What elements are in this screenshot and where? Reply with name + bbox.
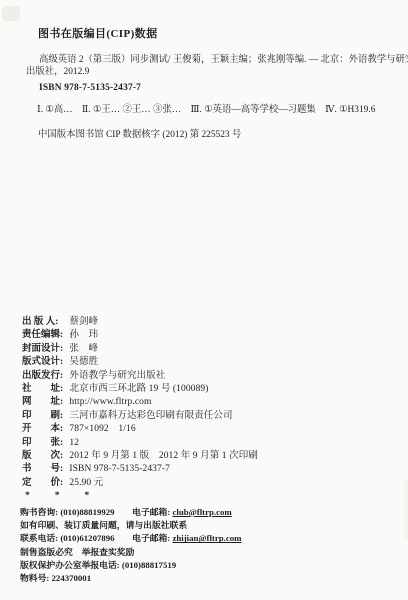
colophon-value: 孙 玮 xyxy=(69,330,98,340)
colophon-value: ISBN 978-7-5135-2437-7 xyxy=(69,464,170,474)
colophon-row-publisher: 出版发行: 外语教学与研究出版社 xyxy=(22,370,402,383)
colophon-label: 出版发行: xyxy=(22,370,67,383)
footer-line-quality: 如有印刷、装订质量问题，请与出版社联系 xyxy=(20,519,402,532)
asterisk-separator: * * * xyxy=(25,490,402,503)
purchase-email: club@fltrp.com xyxy=(172,507,231,517)
colophon-row-edition: 版 次: 2012 年 9 月第 1 版 2012 年 9 月第 1 次印刷 xyxy=(22,450,402,463)
cip-classification-line: Ⅰ. ①高… Ⅱ. ①王… ②王… ③张… Ⅲ. ①英语—高等学校—习题集 Ⅳ.… xyxy=(37,104,402,117)
colophon-value: 25.90 元 xyxy=(69,478,103,488)
colophon-row-sheets: 印 张: 12 xyxy=(22,437,402,450)
colophon-value: 三河市嘉科万达彩色印刷有限责任公司 xyxy=(69,411,232,421)
scan-artifact xyxy=(402,480,408,540)
cip-isbn-line: ISBN 978-7-5135-2437-7 xyxy=(39,82,402,95)
contact-email: zhijian@fltrp.com xyxy=(172,533,241,543)
cip-record-line-2: 出版社，2012.9 xyxy=(26,66,402,79)
colophon-value: 2012 年 9 月第 1 版 2012 年 9 月第 1 次印刷 xyxy=(69,451,258,461)
colophon-label: 网 址: xyxy=(22,396,67,409)
scan-artifact xyxy=(2,6,20,21)
colophon-label: 社 址: xyxy=(22,383,67,396)
colophon-row-editor: 责任编辑: 孙 玮 xyxy=(22,329,402,342)
contact-footer-block: 购书咨询: (010)88819929 电子邮箱: club@fltrp.com… xyxy=(20,506,402,585)
colophon-label: 封面设计: xyxy=(22,343,67,356)
purchase-info: 购书咨询: (010)88819929 电子邮箱: xyxy=(20,507,172,517)
colophon-row-publisher-person: 出 版 人: 蔡剑峰 xyxy=(22,316,402,329)
cip-heading: 图书在版编目(CIP)数据 xyxy=(38,28,402,41)
colophon-label: 开 本: xyxy=(22,423,67,436)
colophon-value: 北京市西三环北路 19 号 (100089) xyxy=(69,384,208,394)
colophon-label: 书 号: xyxy=(22,463,67,476)
colophon-label: 印 张: xyxy=(22,437,67,450)
colophon-value: 蔡剑峰 xyxy=(69,317,98,327)
cip-record-line-1: 高级英语 2（第三版）同步测试/ 王俊菊，王颖主编；张兆刚等编. — 北京：外语… xyxy=(39,54,402,67)
footer-line-report: 版权保护办公室举报电话: (010)88817519 xyxy=(20,559,402,572)
colophon-label: 印 刷: xyxy=(22,410,67,423)
colophon-row-format: 开 本: 787×1092 1/16 xyxy=(22,423,402,436)
footer-line-contact: 联系电话: (010)61207896 电子邮箱: zhijian@fltrp.… xyxy=(20,532,402,545)
colophon-label: 版式设计: xyxy=(22,356,67,369)
colophon-row-price: 定 价: 25.90 元 xyxy=(22,477,402,490)
colophon-value: 吴德胜 xyxy=(69,357,98,367)
colophon-row-layout-design: 版式设计: 吴德胜 xyxy=(22,356,402,369)
cip-registry-line: 中国版本图书馆 CIP 数据核字 (2012) 第 225523 号 xyxy=(38,129,402,142)
colophon-label: 版 次: xyxy=(22,450,67,463)
colophon-row-cover-design: 封面设计: 张 峰 xyxy=(22,343,402,356)
colophon-value: 外语教学与研究出版社 xyxy=(69,371,165,381)
colophon-row-address: 社 址: 北京市西三环北路 19 号 (100089) xyxy=(22,383,402,396)
colophon-row-printer: 印 刷: 三河市嘉科万达彩色印刷有限责任公司 xyxy=(22,410,402,423)
colophon-value: 张 峰 xyxy=(69,344,98,354)
colophon-block: 出 版 人: 蔡剑峰 责任编辑: 孙 玮 封面设计: 张 峰 版式设计: 吴德胜… xyxy=(22,316,402,503)
cip-data-block: 图书在版编目(CIP)数据 高级英语 2（第三版）同步测试/ 王俊菊，王颖主编；… xyxy=(26,28,402,141)
colophon-label: 出 版 人: xyxy=(22,316,67,329)
colophon-value: 787×1092 1/16 xyxy=(69,424,135,434)
footer-line-purchase: 购书咨询: (010)88819929 电子邮箱: club@fltrp.com xyxy=(20,506,402,519)
contact-info: 联系电话: (010)61207896 电子邮箱: xyxy=(20,533,172,543)
footer-line-material-number: 物料号: 224370001 xyxy=(20,572,402,585)
colophon-value: 12 xyxy=(69,438,79,448)
book-colophon-page: 图书在版编目(CIP)数据 高级英语 2（第三版）同步测试/ 王俊菊，王颖主编；… xyxy=(0,0,408,600)
colophon-row-website: 网 址: http://www.fltrp.com xyxy=(22,396,402,409)
colophon-label: 定 价: xyxy=(22,477,67,490)
footer-line-piracy: 制售盗版必究 举报查实奖励 xyxy=(20,546,402,559)
colophon-value: http://www.fltrp.com xyxy=(69,397,151,407)
colophon-row-isbn: 书 号: ISBN 978-7-5135-2437-7 xyxy=(22,463,402,476)
colophon-label: 责任编辑: xyxy=(22,329,67,342)
